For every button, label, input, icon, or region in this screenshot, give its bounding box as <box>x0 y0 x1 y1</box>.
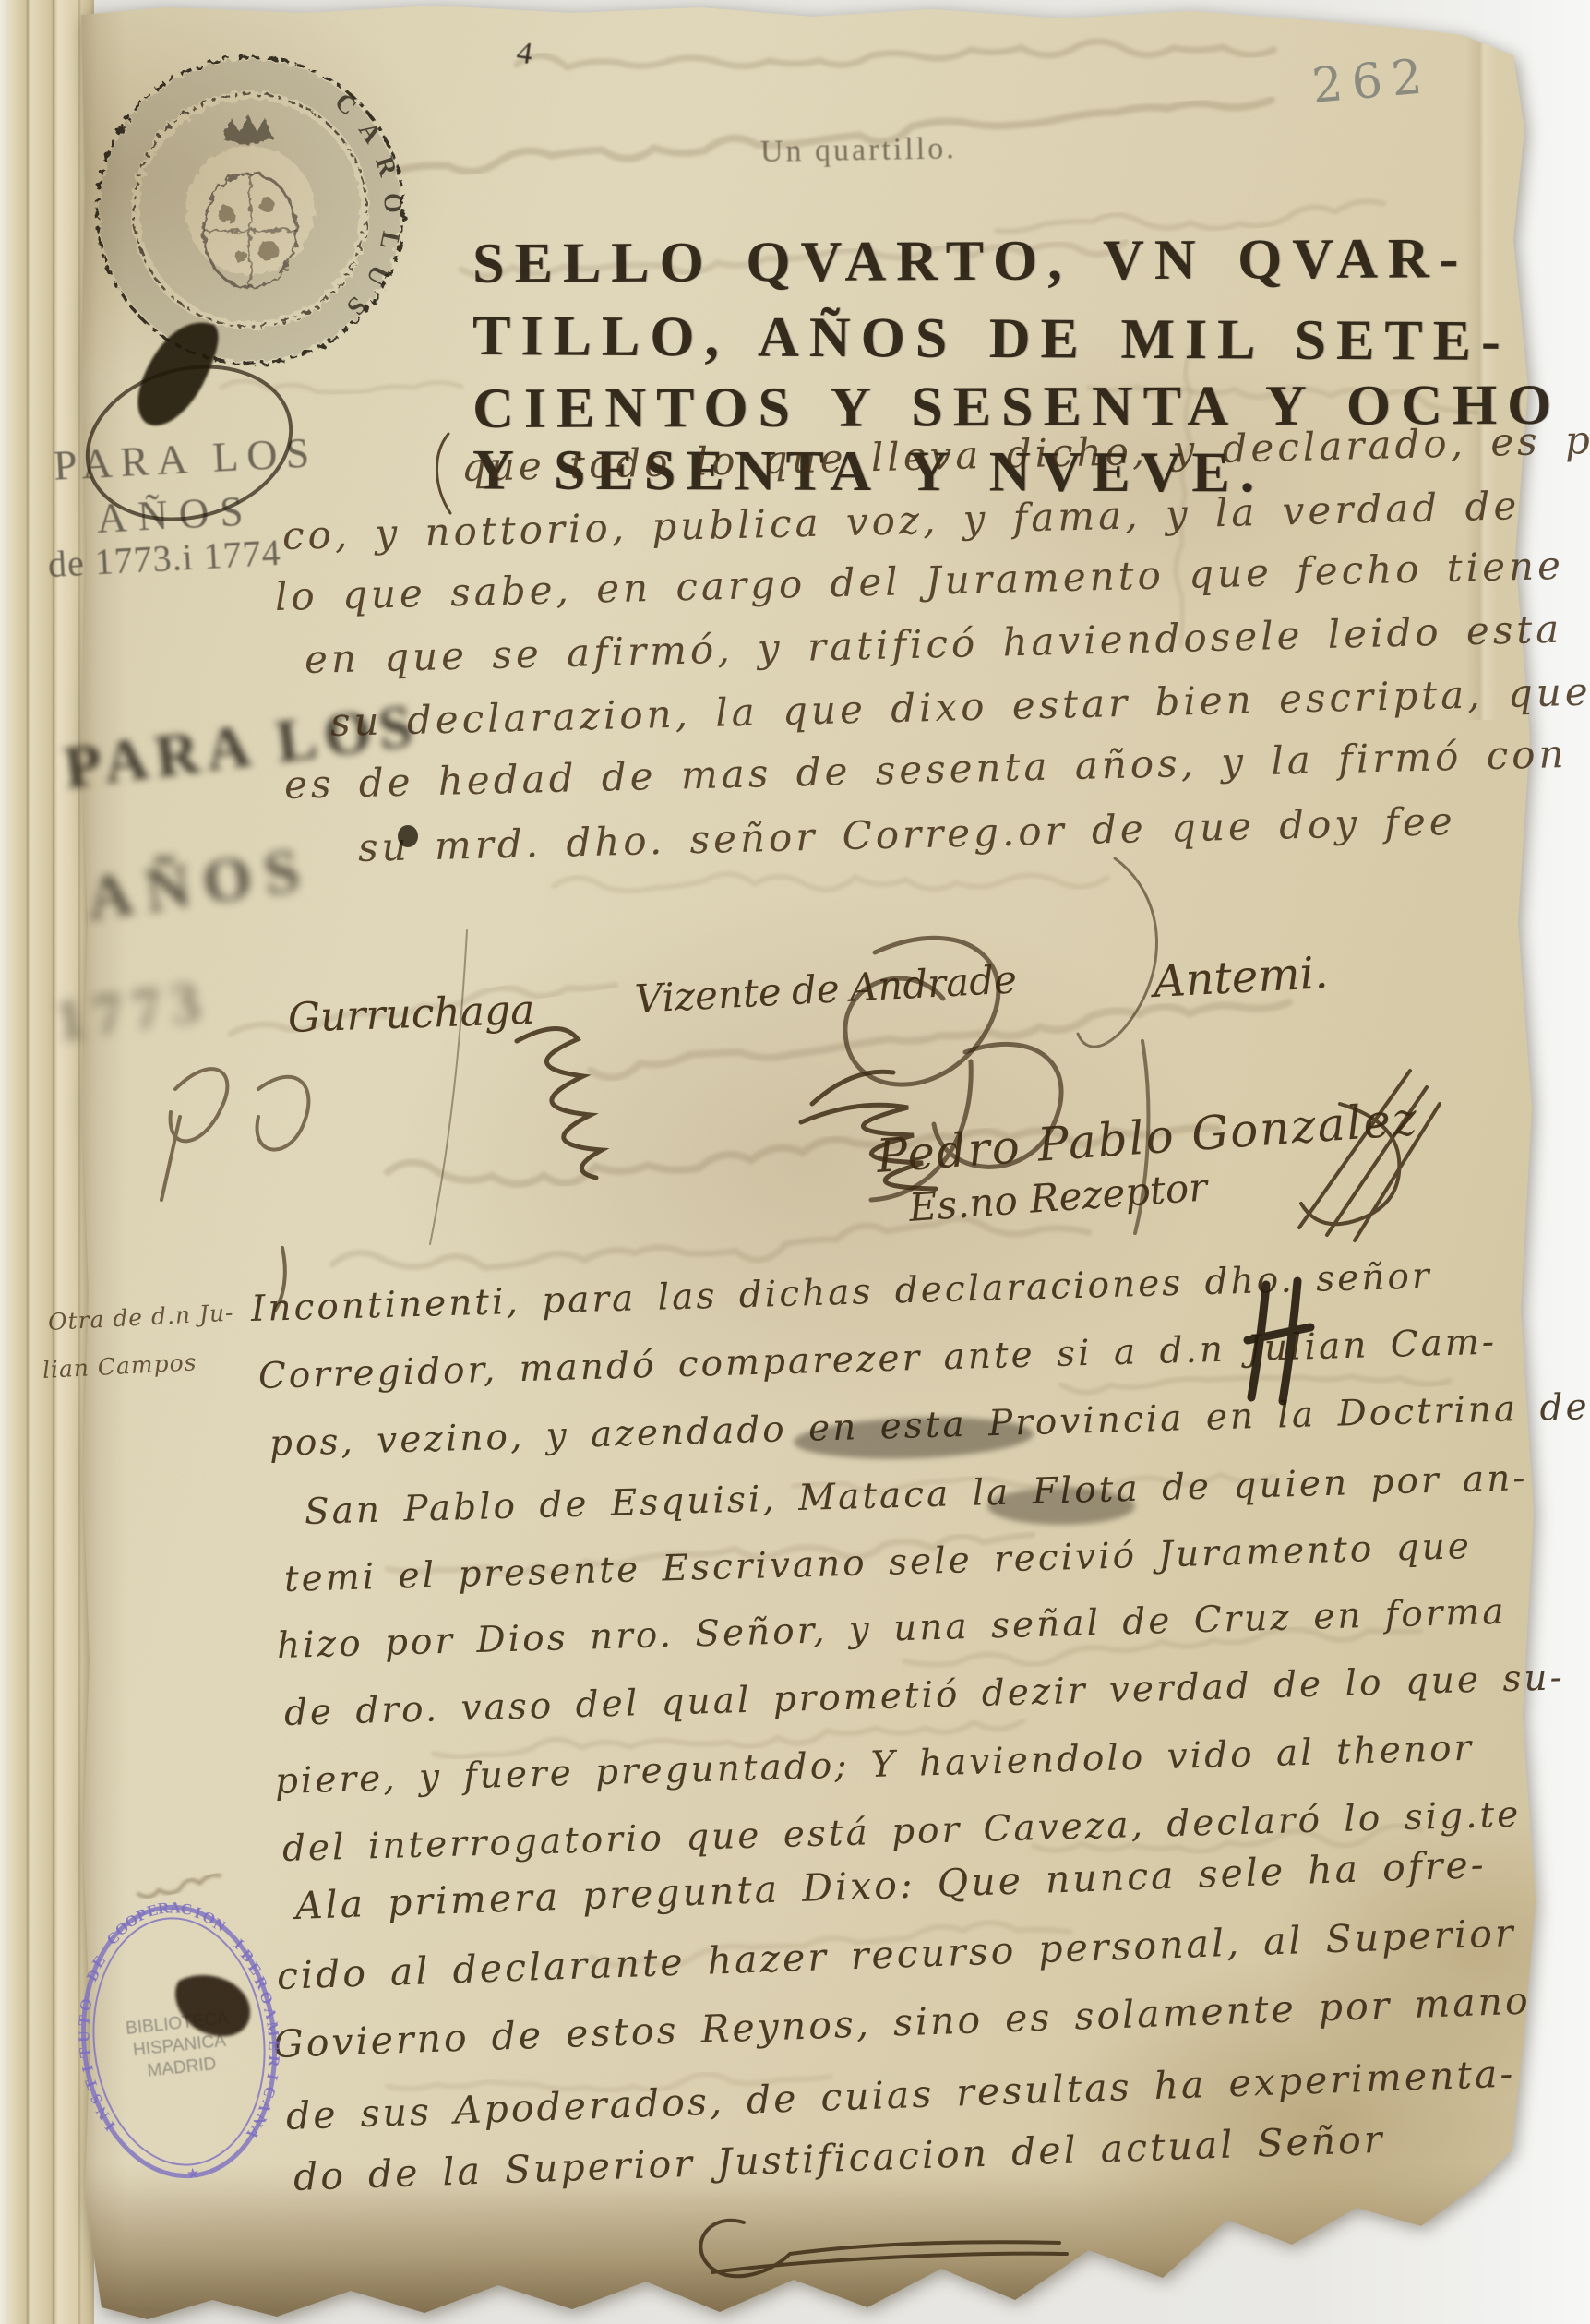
manuscript-scan: 262 4 Un quartillo. SELLO QVARTO, VN QVA… <box>0 0 1590 2324</box>
folio-number: 262 <box>1310 53 1433 111</box>
signature-gurruchaga: Gurruchaga <box>287 990 535 1039</box>
year-stamp-line: AÑOS <box>96 490 256 540</box>
antemi-attestation: Antemi. <box>1153 951 1330 1004</box>
sello-line: SELLO QVARTO, VN QVAR- <box>472 230 1469 293</box>
quartillo-value-stamp: Un quartillo. <box>760 133 957 168</box>
binding-edge-shadow <box>81 0 129 2324</box>
sello-line: TILLO, AÑOS DE MIL SETE- <box>472 307 1511 370</box>
bottom-stain <box>83 2186 1523 2324</box>
